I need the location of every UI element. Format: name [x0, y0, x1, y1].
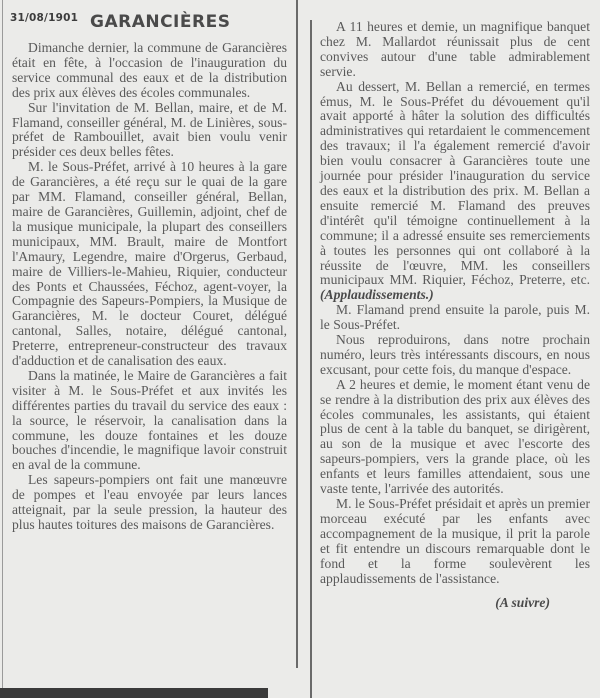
paragraph: Sur l'invitation de M. Bellan, maire, et…: [12, 101, 287, 161]
column-rule-right: [310, 20, 312, 698]
paragraph: A 2 heures et demie, le moment étant ven…: [320, 378, 590, 497]
column-rule-left: [296, 0, 298, 668]
paragraph: A 11 heures et demie, un magnifique banq…: [320, 20, 590, 80]
applause-note: (Applaudissements.): [320, 287, 434, 302]
paragraph: M. le Sous-Préfet, arrivé à 10 heures à …: [12, 160, 287, 369]
paragraph: M. le Sous-Préfet présidait et après un …: [320, 497, 590, 586]
paragraph: Dimanche dernier, la commune de Garanciè…: [12, 41, 287, 101]
paragraph: Au dessert, M. Bellan a remercié, en ter…: [320, 80, 590, 304]
paragraph: M. Flamand prend ensuite la parole, puis…: [320, 303, 590, 333]
to-be-continued-label: (A suivre): [495, 595, 550, 610]
paragraph: Les sapeurs-pompiers ont fait une manœuv…: [12, 473, 287, 533]
publication-date: 31/08/1901: [10, 12, 78, 24]
paragraph: Dans la matinée, le Maire de Garancières…: [12, 369, 287, 473]
newspaper-clipping: 31/08/1901 GARANCIÈRES Dimanche dernier,…: [0, 0, 600, 698]
article-title: GARANCIÈRES: [90, 12, 290, 32]
to-be-continued: (A suivre): [320, 596, 590, 611]
bottom-dark-band: [0, 688, 268, 698]
paragraph-text: Au dessert, M. Bellan a remercié, en ter…: [320, 79, 590, 288]
paragraph: Nous reproduirons, dans notre prochain n…: [320, 333, 590, 378]
left-column: Dimanche dernier, la commune de Garanciè…: [12, 41, 287, 533]
left-border-rule: [2, 0, 3, 690]
right-column: A 11 heures et demie, un magnifique banq…: [320, 20, 590, 611]
